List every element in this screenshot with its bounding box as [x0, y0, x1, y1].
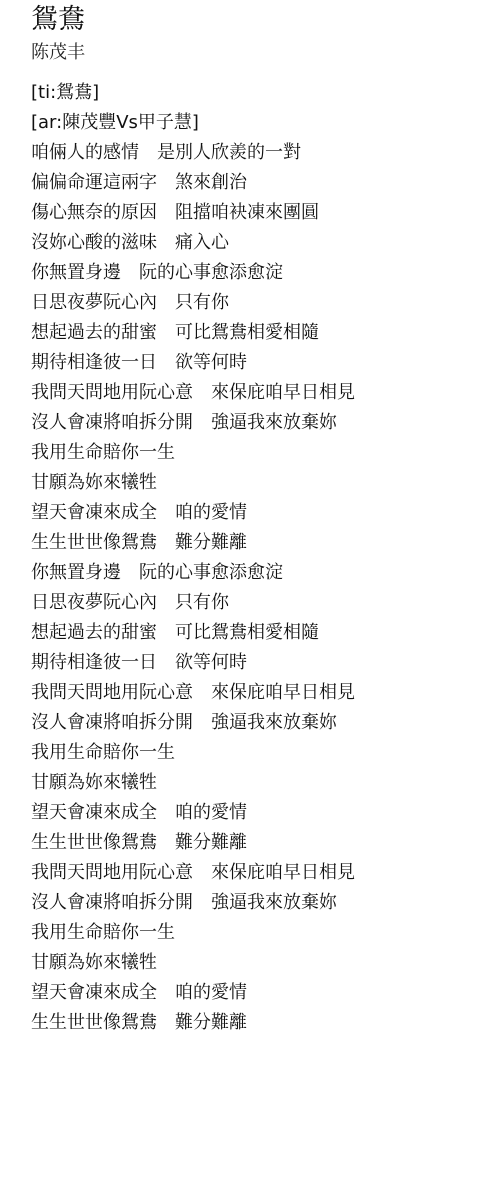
lyric-line: 甘願為妳來犧牲 [31, 468, 500, 498]
lyric-line: 你無置身邊 阮的心事愈添愈淀 [31, 558, 500, 588]
lyric-line: 我問天問地用阮心意 來保庇咱早日相見 [31, 858, 500, 888]
lyric-line: 望天會凍來成全 咱的愛情 [31, 798, 500, 828]
lyric-line: 日思夜夢阮心內 只有你 [31, 588, 500, 618]
lyric-line: 想起過去的甜蜜 可比鴛鴦相愛相隨 [31, 318, 500, 348]
lyric-line: 生生世世像鴛鴦 難分難離 [31, 528, 500, 558]
lyric-line: 沒人會凍將咱拆分開 強逼我來放棄妳 [31, 708, 500, 738]
lyric-line: 偏偏命運這兩字 煞來創治 [31, 168, 500, 198]
lyric-line: 你無置身邊 阮的心事愈添愈淀 [31, 258, 500, 288]
lyric-line: 我問天問地用阮心意 來保庇咱早日相見 [31, 378, 500, 408]
lyric-line: 期待相逢彼一日 欲等何時 [31, 648, 500, 678]
lyric-line: 我用生命賠你一生 [31, 738, 500, 768]
lyric-line: 沒人會凍將咱拆分開 強逼我來放棄妳 [31, 408, 500, 438]
lyric-line: 期待相逢彼一日 欲等何時 [31, 348, 500, 378]
lyrics-list: [ti:鴛鴦] [ar:陳茂豐Vs甲子慧] 咱倆人的感情 是別人欣羨的一對 偏偏… [31, 78, 500, 1038]
lyric-line: 我用生命賠你一生 [31, 438, 500, 468]
lyric-line: 生生世世像鴛鴦 難分難離 [31, 1008, 500, 1038]
lyric-line: 沒人會凍將咱拆分開 強逼我來放棄妳 [31, 888, 500, 918]
lyric-line: [ti:鴛鴦] [31, 78, 500, 108]
lyric-line: [ar:陳茂豐Vs甲子慧] [31, 108, 500, 138]
lyric-line: 望天會凍來成全 咱的愛情 [31, 978, 500, 1008]
artist-name: 陈茂丰 [31, 38, 500, 68]
lyric-line: 咱倆人的感情 是別人欣羨的一對 [31, 138, 500, 168]
lyric-line: 我問天問地用阮心意 來保庇咱早日相見 [31, 678, 500, 708]
lyric-line: 生生世世像鴛鴦 難分難離 [31, 828, 500, 858]
lyric-line: 望天會凍來成全 咱的愛情 [31, 498, 500, 528]
lyric-line: 傷心無奈的原因 阻擋咱袂凍來團圓 [31, 198, 500, 228]
lyric-line: 甘願為妳來犧牲 [31, 948, 500, 978]
song-title: 鴛鴦 [31, 2, 500, 38]
lyric-line: 甘願為妳來犧牲 [31, 768, 500, 798]
lyric-line: 我用生命賠你一生 [31, 918, 500, 948]
lyric-line: 沒妳心酸的滋味 痛入心 [31, 228, 500, 258]
lyric-line: 想起過去的甜蜜 可比鴛鴦相愛相隨 [31, 618, 500, 648]
lyrics-page: 鴛鴦 陈茂丰 [ti:鴛鴦] [ar:陳茂豐Vs甲子慧] 咱倆人的感情 是別人欣… [0, 0, 500, 1038]
lyric-line: 日思夜夢阮心內 只有你 [31, 288, 500, 318]
